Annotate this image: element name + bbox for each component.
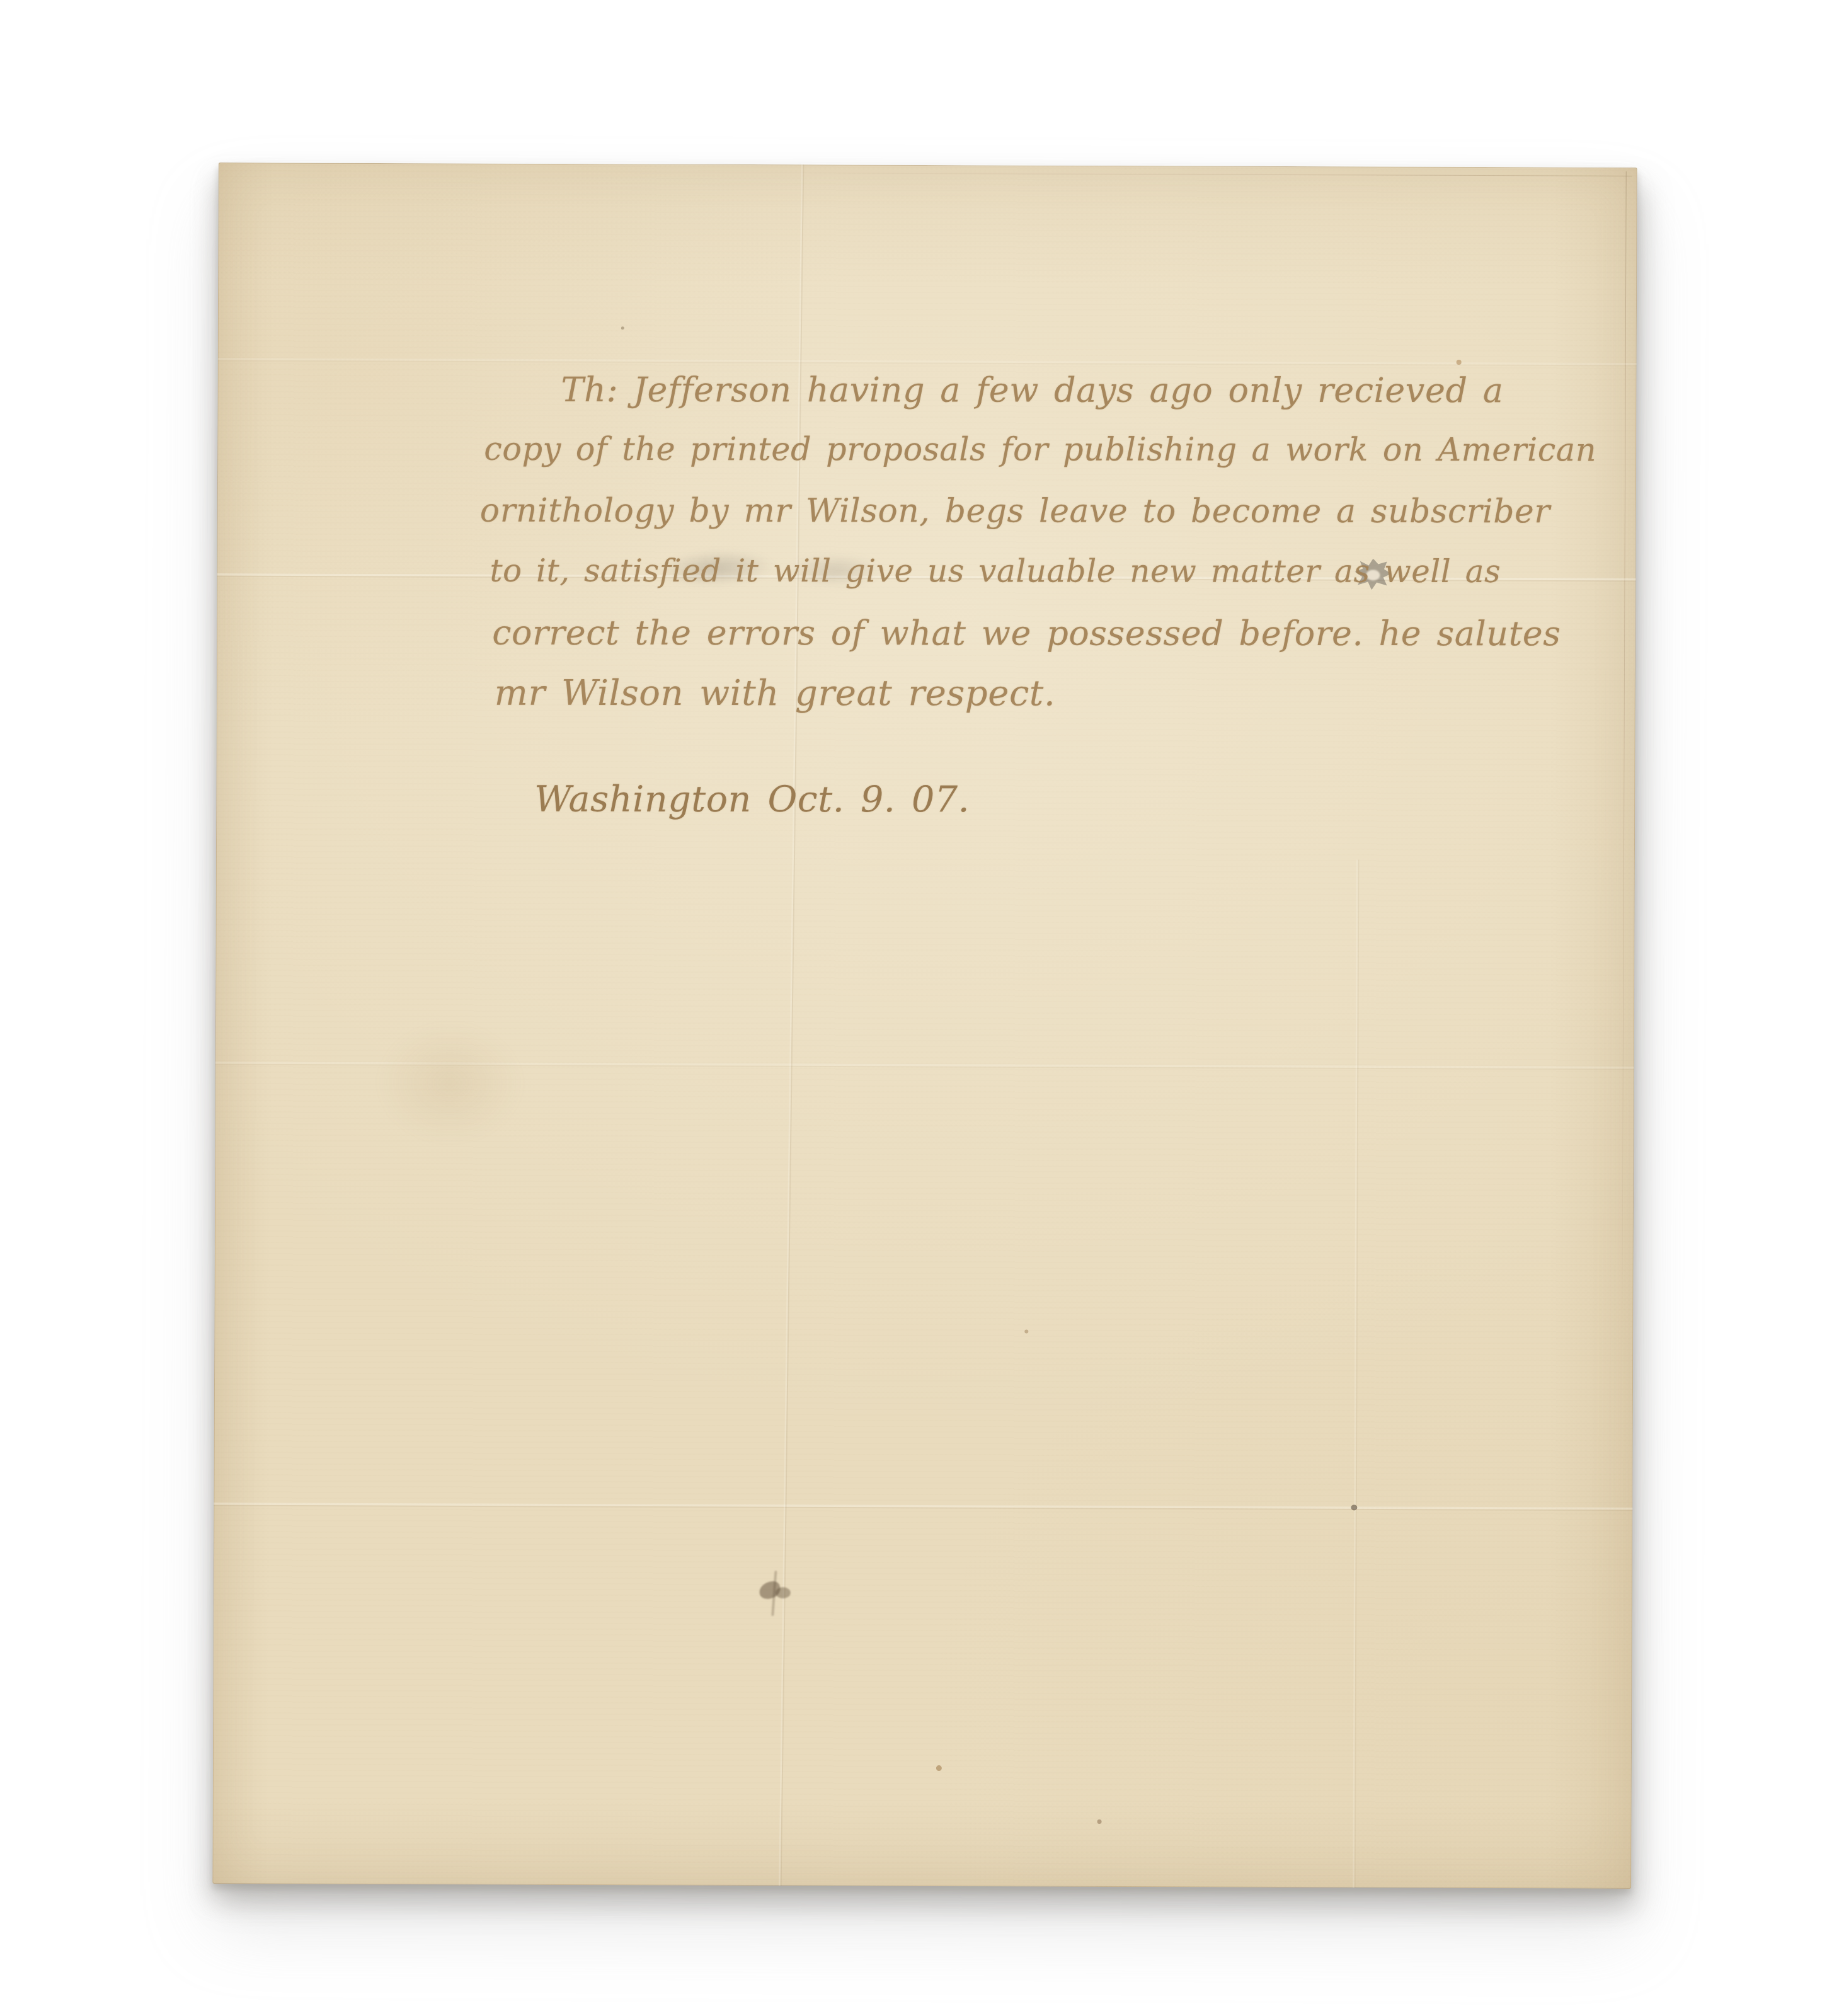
- fold-crease-vertical: [779, 164, 805, 1886]
- paper-speck: [1024, 1330, 1028, 1334]
- paper-speck: [1097, 1819, 1102, 1824]
- fold-crease-horizontal: [214, 1503, 1632, 1512]
- fold-crease-horizontal: [218, 358, 1637, 367]
- paper-stain: [375, 1021, 524, 1145]
- paper-speck: [1351, 1504, 1357, 1510]
- letter-sheet: Th: Jefferson having a few days ago only…: [212, 163, 1637, 1889]
- photo-background: Th: Jefferson having a few days ago only…: [0, 0, 1827, 2016]
- manuscript-line-2: copy of the printed proposals for publis…: [484, 431, 1596, 469]
- manuscript-line-3: ornithology by mr Wilson, begs leave to …: [480, 492, 1550, 530]
- manuscript-line-4: to it, satisfied it will give us valuabl…: [490, 553, 1501, 590]
- paper-speck: [936, 1765, 942, 1771]
- paper-speck: [621, 326, 624, 329]
- manuscript-dateline: Washington Oct. 9. 07.: [534, 779, 970, 821]
- fold-crease-vertical: [1353, 859, 1360, 1887]
- seal-remnant-mark: [757, 1571, 796, 1617]
- manuscript-line-6: mr Wilson with great respect.: [495, 673, 1056, 714]
- folded-leaf-edge-right: [1622, 171, 1627, 1411]
- folded-leaf-edge-top: [757, 173, 1632, 176]
- paper-speck: [1457, 360, 1462, 365]
- manuscript-line-5: correct the errors of what we possessed …: [492, 613, 1561, 653]
- manuscript-line-1: Th: Jefferson having a few days ago only…: [561, 370, 1503, 410]
